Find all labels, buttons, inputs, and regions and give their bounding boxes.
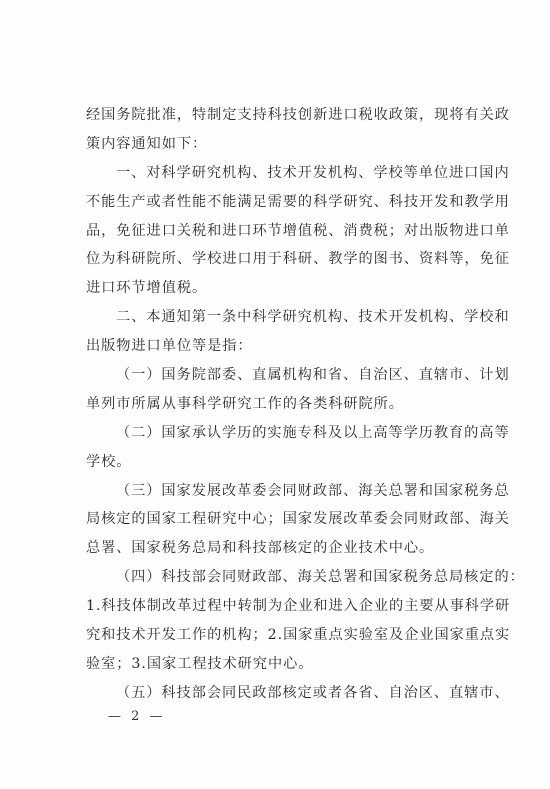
text-line: （四）科技部会同财政部、海关总署和国家税务总局核定的： bbox=[86, 563, 486, 592]
text-line: （一）国务院部委、直属机构和省、自治区、直辖市、计划 bbox=[86, 361, 486, 390]
text-line: 策内容通知如下： bbox=[86, 130, 486, 159]
body-text: 经国务院批准，特制定支持科技创新进口税收政策，现将有关政 策内容通知如下： 一、… bbox=[86, 101, 486, 708]
text-line: 究和技术开发工作的机构；2.国家重点实验室及企业国家重点实 bbox=[86, 621, 486, 650]
document-page: 经国务院批准，特制定支持科技创新进口税收政策，现将有关政 策内容通知如下： 一、… bbox=[0, 0, 550, 789]
text-line: 二、本通知第一条中科学研究机构、技术开发机构、学校和 bbox=[86, 303, 486, 332]
text-line: 一、对科学研究机构、技术开发机构、学校等单位进口国内 bbox=[86, 159, 486, 188]
text-line: 局核定的国家工程研究中心；国家发展改革委会同财政部、海关 bbox=[86, 505, 486, 534]
text-line: 位为科研院所、学校进口用于科研、教学的图书、资料等，免征 bbox=[86, 245, 486, 274]
text-line: 验室；3.国家工程技术研究中心。 bbox=[86, 650, 486, 679]
text-line: 单列市所属从事科学研究工作的各类科研院所。 bbox=[86, 390, 486, 419]
text-line: 学校。 bbox=[86, 448, 486, 477]
text-line: 不能生产或者性能不能满足需要的科学研究、科技开发和教学用 bbox=[86, 188, 486, 217]
text-line: 品，免征进口关税和进口环节增值税、消费税；对出版物进口单 bbox=[86, 217, 486, 246]
text-line: （二）国家承认学历的实施专科及以上高等学历教育的高等 bbox=[86, 419, 486, 448]
text-line: 1.科技体制改革过程中转制为企业和进入企业的主要从事科学研 bbox=[86, 592, 486, 621]
text-line: （五）科技部会同民政部核定或者各省、自治区、直辖市、 bbox=[86, 679, 486, 708]
text-line: 出版物进口单位等是指： bbox=[86, 332, 486, 361]
text-line: 经国务院批准，特制定支持科技创新进口税收政策，现将有关政 bbox=[86, 101, 486, 130]
text-line: （三）国家发展改革委会同财政部、海关总署和国家税务总 bbox=[86, 477, 486, 506]
page-number: — 2 — bbox=[108, 709, 166, 724]
text-line: 进口环节增值税。 bbox=[86, 274, 486, 303]
text-line: 总署、国家税务总局和科技部核定的企业技术中心。 bbox=[86, 534, 486, 563]
